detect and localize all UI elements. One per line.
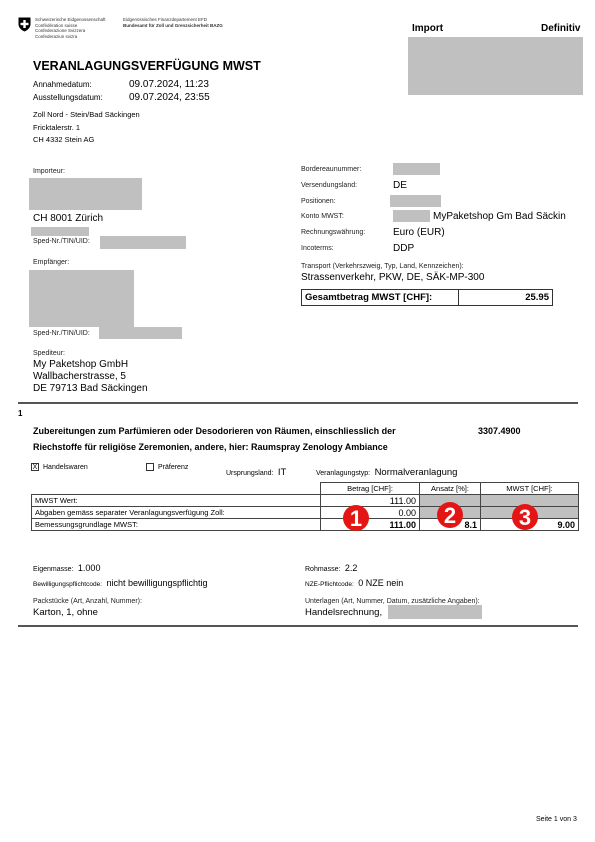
- ursprung-label: Ursprungsland:: [226, 470, 273, 477]
- waehrung-value: Euro (EUR): [393, 227, 445, 238]
- veranlagungstyp-value: Normalveranlagung: [375, 467, 458, 478]
- rohmasse-value: 2.2: [345, 563, 358, 573]
- page-title: VERANLAGUNGSVERFÜGUNG MWST: [33, 59, 261, 73]
- divider: [18, 625, 578, 627]
- eigenmasse-value: 1.000: [78, 563, 101, 573]
- unterlagen-label: Unterlagen (Art, Nummer, Datum, zusätzli…: [305, 598, 480, 605]
- gesamtbetrag-box: Gesamtbetrag MWST [CHF]: 25.95: [301, 289, 553, 306]
- spediteur-label: Spediteur:: [33, 350, 65, 357]
- row-label: Bemessungsgrundlage MWST:: [32, 519, 321, 531]
- table-header-row: Betrag [CHF]: Ansatz [%]: MWST [CHF]:: [32, 483, 579, 495]
- divider: [18, 402, 578, 404]
- redacted-positionen: [390, 195, 441, 207]
- table-row: Abgaben gemäss separater Veranlagungsver…: [32, 507, 579, 519]
- bewilligung: Bewilligungspflichtcode: nicht bewilligu…: [33, 573, 208, 591]
- praeferenz-checkbox[interactable]: Präferenz: [146, 463, 188, 471]
- packstuecke-value: Karton, 1, ohne: [33, 607, 98, 618]
- ausstellung-label: Ausstellungsdatum:: [33, 93, 103, 102]
- importeur-city: CH 8001 Zürich: [33, 213, 103, 224]
- ausstellung-value: 09.07.2024, 23:55: [129, 92, 210, 103]
- veranlagungstyp-label: Veranlagungstyp:: [316, 470, 370, 477]
- confederation-names: Schweizerische Eidgenossenschaft Confédé…: [35, 17, 106, 39]
- redacted-importeur-sped: [100, 236, 186, 249]
- empfaenger-label: Empfänger:: [33, 259, 69, 266]
- annahme-label: Annahmedatum:: [33, 80, 92, 89]
- definitiv-label: Definitiv: [541, 23, 580, 34]
- redacted-importeur-name: [29, 178, 142, 210]
- gesamtbetrag-label: Gesamtbetrag MWST [CHF]:: [302, 290, 459, 305]
- incoterms-value: DDP: [393, 243, 414, 254]
- eigenmasse-label: Eigenmasse:: [33, 566, 73, 573]
- redacted-konto: [393, 210, 430, 222]
- office-address-line: Zoll Nord - Stein/Bad Säckingen: [33, 109, 140, 122]
- checkbox-unchecked[interactable]: [146, 463, 154, 471]
- ursprung-value: IT: [278, 467, 286, 478]
- row-betrag: 0.00: [321, 507, 420, 519]
- tariff-number: 3307.4900: [478, 426, 521, 436]
- ursprung: Ursprungsland: IT: [226, 462, 286, 480]
- bordereau-label: Bordereaunummer:: [301, 166, 361, 173]
- veranlagungstyp: Veranlagungstyp: Normalveranlagung: [316, 462, 457, 480]
- swiss-cross-shield-icon: [18, 17, 31, 32]
- header-ansatz: Ansatz [%]:: [420, 483, 481, 495]
- spediteur-line: My Paketshop GmbH: [33, 359, 148, 371]
- department-block: Eidgenössisches Finanzdepartement EFD Bu…: [123, 17, 223, 28]
- importeur-label: Importeur:: [33, 168, 65, 175]
- konto-label: Konto MWST:: [301, 213, 344, 220]
- header-mwst: MWST [CHF]:: [481, 483, 579, 495]
- redacted-empfaenger: [29, 270, 134, 327]
- row-betrag: 111.00: [321, 519, 420, 531]
- unterlagen-value: Handelsrechnung,: [305, 607, 382, 618]
- handelswaren-label: Handelswaren: [43, 464, 88, 471]
- transport-value: Strassenverkehr, PKW, DE, SÄK-MP-300: [301, 272, 484, 283]
- header-betrag: Betrag [CHF]:: [321, 483, 420, 495]
- office-address-line: CH 4332 Stein AG: [33, 134, 140, 147]
- rohmasse-label: Rohmasse:: [305, 566, 340, 573]
- annahme-value: 09.07.2024, 11:23: [129, 79, 209, 90]
- spediteur-address: My Paketshop GmbH Wallbacherstrasse, 5 D…: [33, 359, 148, 395]
- mwst-calculation-table: Betrag [CHF]: Ansatz [%]: MWST [CHF]: MW…: [31, 482, 579, 531]
- table-row: MWST Wert: 111.00: [32, 495, 579, 507]
- redacted-bordereau: [393, 163, 440, 175]
- empty-cell: [32, 483, 321, 495]
- row-betrag: 111.00: [321, 495, 420, 507]
- positionen-label: Positionen:: [301, 198, 336, 205]
- checkbox-checked[interactable]: X: [31, 463, 39, 471]
- bewilligung-value: nicht bewilligungspflichtig: [106, 578, 207, 588]
- transport-label: Transport (Verkehrszweig, Typ, Land, Ken…: [301, 263, 464, 270]
- waehrung-label: Rechnungswährung:: [301, 229, 365, 236]
- redacted-empfaenger-sped: [99, 327, 182, 339]
- spediteur-line: DE 79713 Bad Säckingen: [33, 383, 148, 395]
- redacted-unterlagen: [388, 605, 482, 619]
- konto-value: MyPaketshop Gm Bad Säckin: [433, 211, 566, 222]
- position-description-2: Riechstoffe für religiöse Zeremonien, an…: [33, 442, 388, 452]
- office-address: Zoll Nord - Stein/Bad Säckingen Fricktal…: [33, 109, 140, 147]
- praeferenz-label: Präferenz: [158, 464, 188, 471]
- confederation-de: Schweizerische Eidgenossenschaft: [35, 17, 106, 23]
- page-number: Seite 1 von 3: [536, 816, 577, 823]
- incoterms-label: Incoterms:: [301, 245, 334, 252]
- row-label: MWST Wert:: [32, 495, 321, 507]
- nze-label: NZE-Pflichtcode:: [305, 581, 354, 588]
- packstuecke-label: Packstücke (Art, Anzahl, Nummer):: [33, 598, 142, 605]
- annotation-marker-1: 1: [343, 505, 369, 531]
- bewilligung-label: Bewilligungspflichtcode:: [33, 581, 102, 588]
- row-label: Abgaben gemäss separater Veranlagungsver…: [32, 507, 321, 519]
- table-row: Bemessungsgrundlage MWST: 111.00 8.1 9.0…: [32, 519, 579, 531]
- annotation-marker-3: 3: [512, 504, 538, 530]
- gesamtbetrag-value: 25.95: [459, 290, 552, 305]
- import-label: Import: [412, 23, 443, 34]
- annotation-marker-2: 2: [437, 502, 463, 528]
- office-address-line: Fricktalerstr. 1: [33, 122, 140, 135]
- empfaenger-sped-label: Sped-Nr./TIN/UID:: [33, 330, 90, 337]
- redacted-importeur-extra: [31, 227, 89, 236]
- spediteur-line: Wallbacherstrasse, 5: [33, 371, 148, 383]
- handelswaren-checkbox[interactable]: XHandelswaren: [31, 463, 88, 471]
- office-name: Bundesamt für Zoll und Grenzsicherheit B…: [123, 23, 223, 29]
- nze: NZE-Pflichtcode: 0 NZE nein: [305, 573, 403, 591]
- versendungsland-label: Versendungsland:: [301, 182, 357, 189]
- importeur-sped-label: Sped-Nr./TIN/UID:: [33, 238, 90, 245]
- confederation-rm: Confederaziun svizra: [35, 34, 106, 40]
- nze-value: 0 NZE nein: [358, 578, 403, 588]
- position-number: 1: [18, 409, 22, 418]
- redacted-barcode: [408, 37, 583, 95]
- versendungsland-value: DE: [393, 180, 407, 191]
- position-description-1: Zubereitungen zum Parfümieren oder Desod…: [33, 426, 396, 436]
